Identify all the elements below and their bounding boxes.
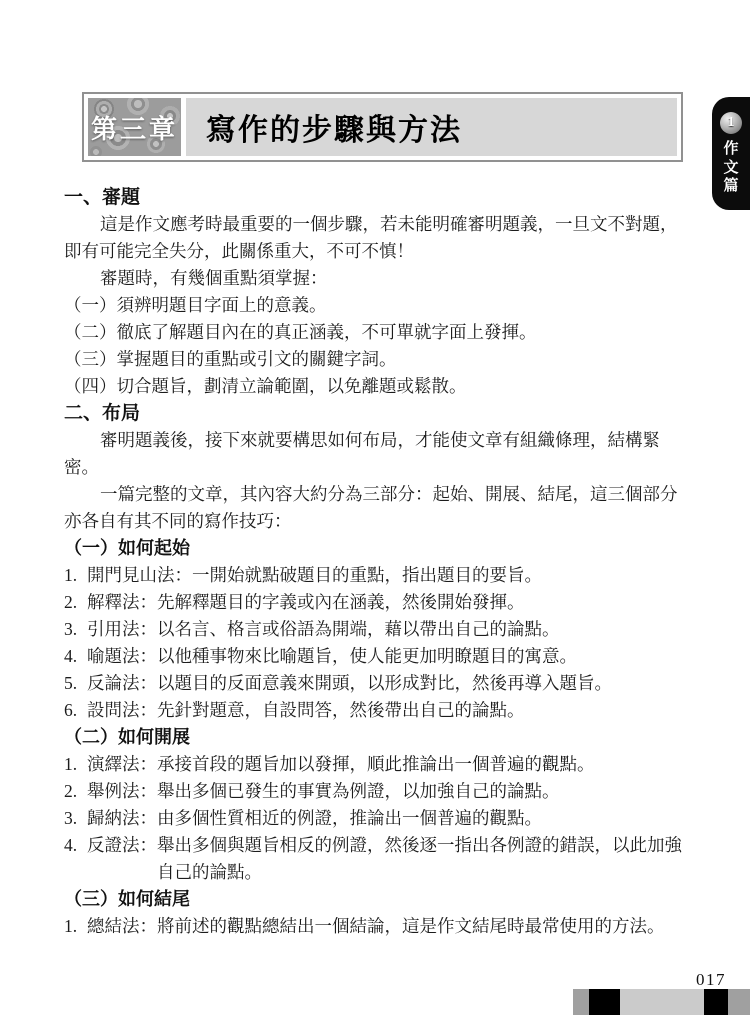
list-item-text: 以題目的反面意義來開頭，以形成對比，然後再導入題旨。 <box>157 670 686 697</box>
list-item-term: 喻題法： <box>87 643 157 670</box>
book-page: 第三章 寫作的步驟與方法 1 作文篇 一、審題 這是作文應考時最重要的一個步驟，… <box>0 0 750 1015</box>
list-item: 1. 開門見山法： 一開始就點破題目的重點，指出題目的要旨。 <box>64 562 686 589</box>
list-item: 5. 反論法： 以題目的反面意義來開頭，以形成對比，然後再導入題旨。 <box>64 670 686 697</box>
text-line: 審題時，有幾個重點須掌握： <box>64 265 686 292</box>
subsection-heading-3: （三）如何結尾 <box>64 886 686 913</box>
list-item-number: 4. <box>64 832 87 886</box>
part-tab-label: 作文篇 <box>722 140 740 196</box>
text-line: 密。 <box>64 454 686 481</box>
footer-strip-segment <box>728 989 750 1015</box>
list-item-number: 3. <box>64 805 87 832</box>
list-item-text: 由多個性質相近的例證，推論出一個普遍的觀點。 <box>157 805 686 832</box>
list-item: （三）掌握題目的重點或引文的關鍵字詞。 <box>64 346 686 373</box>
list-item-number: 6. <box>64 697 87 724</box>
list-item-term: 舉例法： <box>87 778 157 805</box>
list-item: 1. 總結法： 將前述的觀點總結出一個結論，這是作文結尾時最常使用的方法。 <box>64 913 686 940</box>
list-item-text: 將前述的觀點總結出一個結論，這是作文結尾時最常使用的方法。 <box>157 913 686 940</box>
list-item-number: 3. <box>64 616 87 643</box>
list-item: （四）切合題旨，劃清立論範圍，以免離題或鬆散。 <box>64 373 686 400</box>
section-heading-1: 一、審題 <box>64 184 686 211</box>
part-tab: 1 作文篇 <box>712 97 750 210</box>
footer-strip-segment <box>573 989 589 1015</box>
list-item-number: 2. <box>64 589 87 616</box>
list-item-term: 歸納法： <box>87 805 157 832</box>
list-item: 2. 解釋法： 先解釋題目的字義或內在涵義，然後開始發揮。 <box>64 589 686 616</box>
part-number: 1 <box>728 115 735 131</box>
list-item-term: 反論法： <box>87 670 157 697</box>
list-item: 4. 反證法： 舉出多個與題旨相反的例證，然後逐一指出各例證的錯誤，以此加強自己… <box>64 832 686 886</box>
subsection-heading-2: （二）如何開展 <box>64 724 686 751</box>
list-item-text: 先針對題意，自設問答，然後帶出自己的論點。 <box>157 697 686 724</box>
list-item-number: 4. <box>64 643 87 670</box>
list-item: 3. 歸納法： 由多個性質相近的例證，推論出一個普遍的觀點。 <box>64 805 686 832</box>
list-item-number: 1. <box>64 913 87 940</box>
list-item-text: 以名言、格言或俗語為開端，藉以帶出自己的論點。 <box>157 616 686 643</box>
part-number-icon: 1 <box>720 112 742 134</box>
list-item: （一）須辨明題目字面上的意義。 <box>64 292 686 319</box>
list-item: 2. 舉例法： 舉出多個已發生的事實為例證，以加強自己的論點。 <box>64 778 686 805</box>
chapter-title-panel: 寫作的步驟與方法 <box>186 98 677 156</box>
list-item-text: 承接首段的題旨加以發揮，順此推論出一個普遍的觀點。 <box>157 751 686 778</box>
list-item-text: 一開始就點破題目的重點，指出題目的要旨。 <box>192 562 686 589</box>
list-item-number: 2. <box>64 778 87 805</box>
page-content: 一、審題 這是作文應考時最重要的一個步驟，若未能明確審明題義，一旦文不對題， 即… <box>64 184 686 940</box>
chapter-title: 寫作的步驟與方法 <box>206 105 462 149</box>
list-item-term: 演繹法： <box>87 751 157 778</box>
list-item-number: 1. <box>64 562 87 589</box>
list-item: 1. 演繹法： 承接首段的題旨加以發揮，順此推論出一個普遍的觀點。 <box>64 751 686 778</box>
page-number: 017 <box>696 970 726 990</box>
chapter-number-badge: 第三章 <box>88 98 181 156</box>
text-line: 即有可能完全失分，此關係重大，不可不慎！ <box>64 238 686 265</box>
chapter-number-label: 第三章 <box>91 109 178 146</box>
footer-strip <box>573 989 750 1015</box>
list-item-term: 引用法： <box>87 616 157 643</box>
chapter-header: 第三章 寫作的步驟與方法 <box>82 92 683 162</box>
list-item-text: 以他種事物來比喻題旨，使人能更加明瞭題目的寓意。 <box>157 643 686 670</box>
list-item: 3. 引用法： 以名言、格言或俗語為開端，藉以帶出自己的論點。 <box>64 616 686 643</box>
text-line: 這是作文應考時最重要的一個步驟，若未能明確審明題義，一旦文不對題， <box>64 211 686 238</box>
list-item-term: 設問法： <box>87 697 157 724</box>
list-item-term: 解釋法： <box>87 589 157 616</box>
section-heading-2: 二、布局 <box>64 400 686 427</box>
list-item-term: 總結法： <box>87 913 157 940</box>
list-item: 4. 喻題法： 以他種事物來比喻題旨，使人能更加明瞭題目的寓意。 <box>64 643 686 670</box>
subsection-heading-1: （一）如何起始 <box>64 535 686 562</box>
list-item-text: 舉出多個已發生的事實為例證，以加強自己的論點。 <box>157 778 686 805</box>
text-line: 審明題義後，接下來就要構思如何布局，才能使文章有組織條理，結構緊 <box>64 427 686 454</box>
list-item-term: 反證法： <box>87 832 157 886</box>
list-item-text: 舉出多個與題旨相反的例證，然後逐一指出各例證的錯誤，以此加強自己的論點。 <box>157 832 686 886</box>
list-item-number: 5. <box>64 670 87 697</box>
list-item-text: 先解釋題目的字義或內在涵義，然後開始發揮。 <box>157 589 686 616</box>
list-item: 6. 設問法： 先針對題意，自設問答，然後帶出自己的論點。 <box>64 697 686 724</box>
list-item: （二）徹底了解題目內在的真正涵義，不可單就字面上發揮。 <box>64 319 686 346</box>
list-item-term: 開門見山法： <box>87 562 192 589</box>
text-line: 亦各自有其不同的寫作技巧： <box>64 508 686 535</box>
footer-strip-segment <box>704 989 728 1015</box>
text-line: 一篇完整的文章，其內容大約分為三部分：起始、開展、結尾，這三個部分 <box>64 481 686 508</box>
list-item-number: 1. <box>64 751 87 778</box>
footer-strip-segment <box>620 989 704 1015</box>
footer-strip-segment <box>589 989 620 1015</box>
